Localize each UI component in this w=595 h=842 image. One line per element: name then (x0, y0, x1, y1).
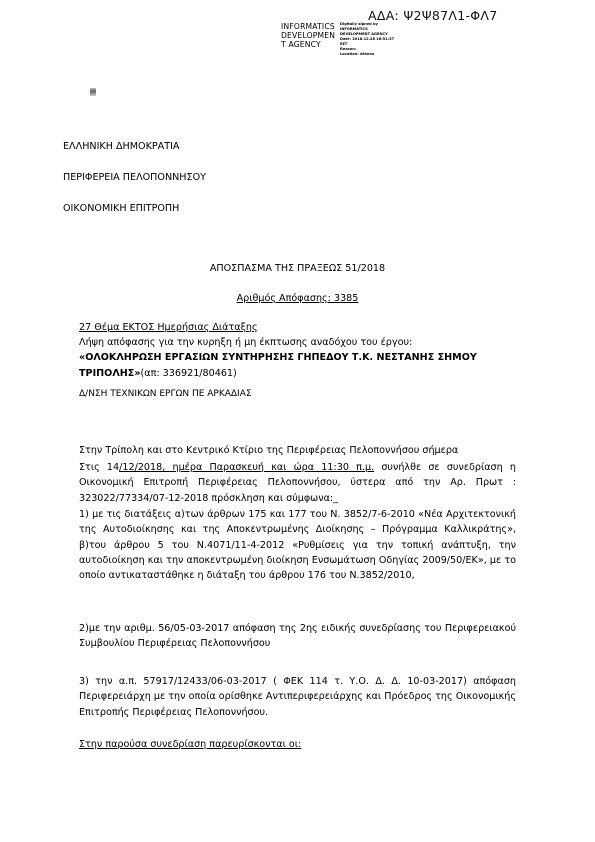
project-title-end: ΤΡΙΠΟΛΗΣ» (79, 368, 141, 379)
signature-org-line: T AGENCY (281, 40, 335, 49)
signature-meta-line: Date: 2018.12.28 16:51:37 (340, 37, 394, 42)
clause-3: 3) την α.π. 57917/12433/06-03-2017 ( ΦΕΚ… (79, 674, 516, 720)
intro-rest: Οικονομική Επιτροπή Περιφέρειας Πελοπονν… (79, 477, 516, 503)
intro-date-prefix: Στις 14 (79, 462, 119, 473)
letterhead-committee: ΟΙΚΟΝΟΜΙΚΗ ΕΠΙΤΡΟΠΗ (63, 203, 179, 214)
digital-signature-meta: Digitally signed by INFORMATICS DEVELOPM… (340, 22, 394, 57)
extract-title: ΑΠΟΣΠΑΣΜΑ ΤΗΣ ΠΡΑΞΕΩΣ 51/2018 (0, 263, 595, 274)
intro-paragraph: Στις 14/12/2018, ημέρα Παρασκευή και ώρα… (79, 460, 516, 506)
letterhead-region: ΠΕΡΙΦΕΡΕΙΑ ΠΕΛΟΠΟΝΝΗΣΟΥ (63, 172, 206, 183)
signature-meta-line: Location: Athens (340, 52, 394, 57)
ada-code: ΑΔΑ: Ψ2Ψ87Λ1-ΦΛ7 (368, 8, 498, 23)
meeting-datetime: /12/2018, ημέρα Παρασκευή και ώρα 11:30 … (119, 462, 374, 473)
decision-number: Αριθμός Απόφασης: 3385 (0, 293, 595, 304)
attendees-heading: Στην παρούσα συνεδρίαση παρευρίσκονται ο… (79, 739, 301, 750)
clause-1: 1) με τις διατάξεις α)των άρθρων 175 και… (79, 507, 516, 583)
intro-line: Στην Τρίπολη και στο Κεντρικό Κτίριο της… (79, 445, 458, 456)
subject-topic: 27 Θέμα ΕΚΤΟΣ Ημερήσιας Διάταξης (79, 322, 258, 333)
clause-2: 2)με την αριθμ. 56/05-03-2017 απόφαση τη… (79, 621, 516, 652)
letterhead-republic: ΕΛΛΗΝΙΚΗ ΔΗΜΟΚΡΑΤΙΑ (63, 141, 179, 152)
protocol-number: (απ: 336921/80461) (141, 368, 237, 379)
department: Δ/ΝΣΗ ΤΕΧΝΙΚΩΝ ΕΡΓΩΝ ΠΕ ΑΡΚΑΔΙΑΣ (79, 389, 252, 399)
digital-signature-org: INFORMATICS DEVELOPMEN T AGENCY (281, 22, 335, 49)
intro-date-suffix: συνήλθε σε συνεδρίαση η (374, 462, 516, 473)
state-emblem-icon (90, 88, 96, 96)
signature-org-line: DEVELOPMEN (281, 31, 335, 40)
project-title-cont: ΤΡΙΠΟΛΗΣ»(απ: 336921/80461) (79, 368, 237, 379)
subject-line: Λήψη απόφασης για την κυρηξη ή μη έκπτωσ… (79, 337, 412, 348)
signature-org-line: INFORMATICS (281, 22, 335, 31)
project-title: «ΟΛΟΚΛΗΡΩΣΗ ΕΡΓΑΣΙΩΝ ΣΥΝΤΗΡΗΣΗΣ ΓΗΠΕΔΟΥ … (79, 352, 477, 363)
